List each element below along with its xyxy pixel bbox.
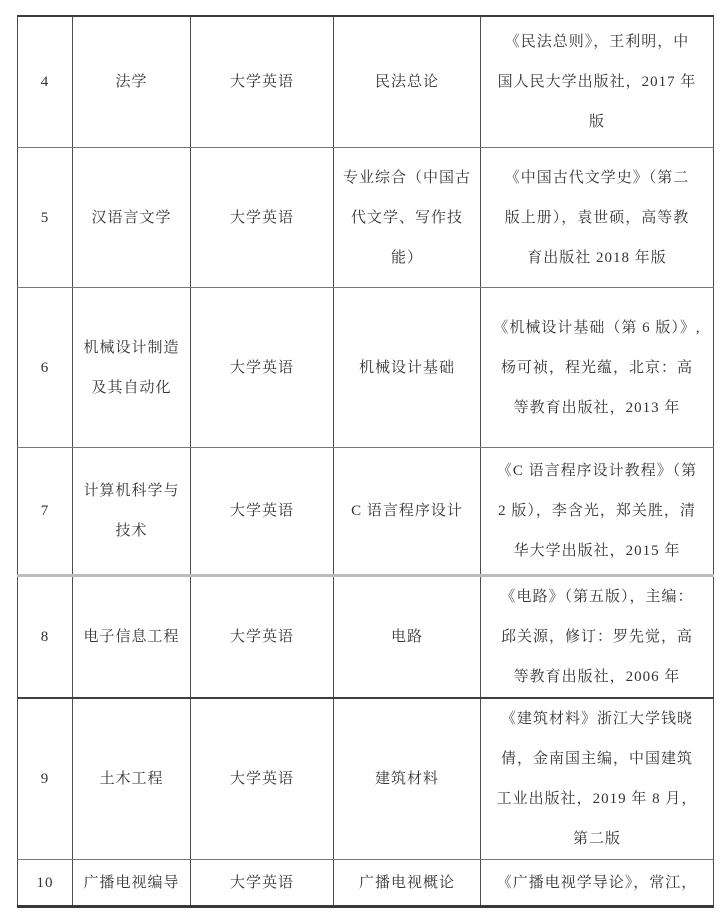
cell-subject: 机械设计基础 — [334, 288, 481, 448]
cell-major: 计算机科学与 技术 — [73, 448, 191, 576]
cell-english-course: 大学英语 — [191, 698, 334, 860]
cell-row-number: 5 — [18, 148, 73, 288]
cell-subject: 电路 — [334, 576, 481, 699]
cell-major: 电子信息工程 — [73, 576, 191, 699]
cell-major: 法学 — [73, 16, 191, 148]
cell-english-course: 大学英语 — [191, 576, 334, 699]
table-row: 10 广播电视编导 大学英语 广播电视概论 《广播电视学导论》，常江， — [18, 860, 714, 907]
cell-english-course: 大学英语 — [191, 448, 334, 576]
cell-subject: 民法总论 — [334, 16, 481, 148]
cell-subject: 建筑材料 — [334, 698, 481, 860]
table-row: 9 土木工程 大学英语 建筑材料 《建筑材料》浙江大学钱晓 倩，金南国主编，中国… — [18, 698, 714, 860]
cell-textbook: 《建筑材料》浙江大学钱晓 倩，金南国主编，中国建筑 工业出版社，2019 年 8… — [481, 698, 714, 860]
cell-textbook: 《广播电视学导论》，常江， — [481, 860, 714, 907]
cell-major: 汉语言文学 — [73, 148, 191, 288]
cell-row-number: 7 — [18, 448, 73, 576]
cell-textbook: 《机械设计基础（第 6 版）》, 杨可祯，程光蕴，北京：高 等教育出版社，201… — [481, 288, 714, 448]
cell-row-number: 10 — [18, 860, 73, 907]
table-row: 6 机械设计制造 及其自动化 大学英语 机械设计基础 《机械设计基础（第 6 版… — [18, 288, 714, 448]
cell-row-number: 9 — [18, 698, 73, 860]
cell-textbook: 《电路》（第五版），主编： 邱关源，修订：罗先觉，高 等教育出版社，2006 年 — [481, 576, 714, 699]
cell-row-number: 4 — [18, 16, 73, 148]
cell-english-course: 大学英语 — [191, 148, 334, 288]
cell-major: 土木工程 — [73, 698, 191, 860]
cell-major: 机械设计制造 及其自动化 — [73, 288, 191, 448]
cell-subject: 专业综合（中国古 代文学、写作技 能） — [334, 148, 481, 288]
cell-row-number: 8 — [18, 576, 73, 699]
document-page: 4 法学 大学英语 民法总论 《民法总则》，王利明，中 国人民大学出版社，201… — [0, 0, 725, 919]
table-row: 7 计算机科学与 技术 大学英语 C 语言程序设计 《C 语言程序设计教程》（第… — [18, 448, 714, 576]
cell-english-course: 大学英语 — [191, 16, 334, 148]
table-row: 4 法学 大学英语 民法总论 《民法总则》，王利明，中 国人民大学出版社，201… — [18, 16, 714, 148]
cell-subject: 广播电视概论 — [334, 860, 481, 907]
cell-textbook: 《民法总则》，王利明，中 国人民大学出版社，2017 年 版 — [481, 16, 714, 148]
cell-textbook: 《中国古代文学史》（第二 版上册），袁世硕，高等教 育出版社 2018 年版 — [481, 148, 714, 288]
table-row: 8 电子信息工程 大学英语 电路 《电路》（第五版），主编： 邱关源，修订：罗先… — [18, 576, 714, 699]
table-row: 5 汉语言文学 大学英语 专业综合（中国古 代文学、写作技 能） 《中国古代文学… — [18, 148, 714, 288]
cell-subject: C 语言程序设计 — [334, 448, 481, 576]
cell-english-course: 大学英语 — [191, 288, 334, 448]
cell-major: 广播电视编导 — [73, 860, 191, 907]
cell-english-course: 大学英语 — [191, 860, 334, 907]
subjects-table: 4 法学 大学英语 民法总论 《民法总则》，王利明，中 国人民大学出版社，201… — [17, 15, 714, 908]
cell-textbook: 《C 语言程序设计教程》（第 2 版），李含光，郑关胜，清 华大学出版社，201… — [481, 448, 714, 576]
cell-row-number: 6 — [18, 288, 73, 448]
